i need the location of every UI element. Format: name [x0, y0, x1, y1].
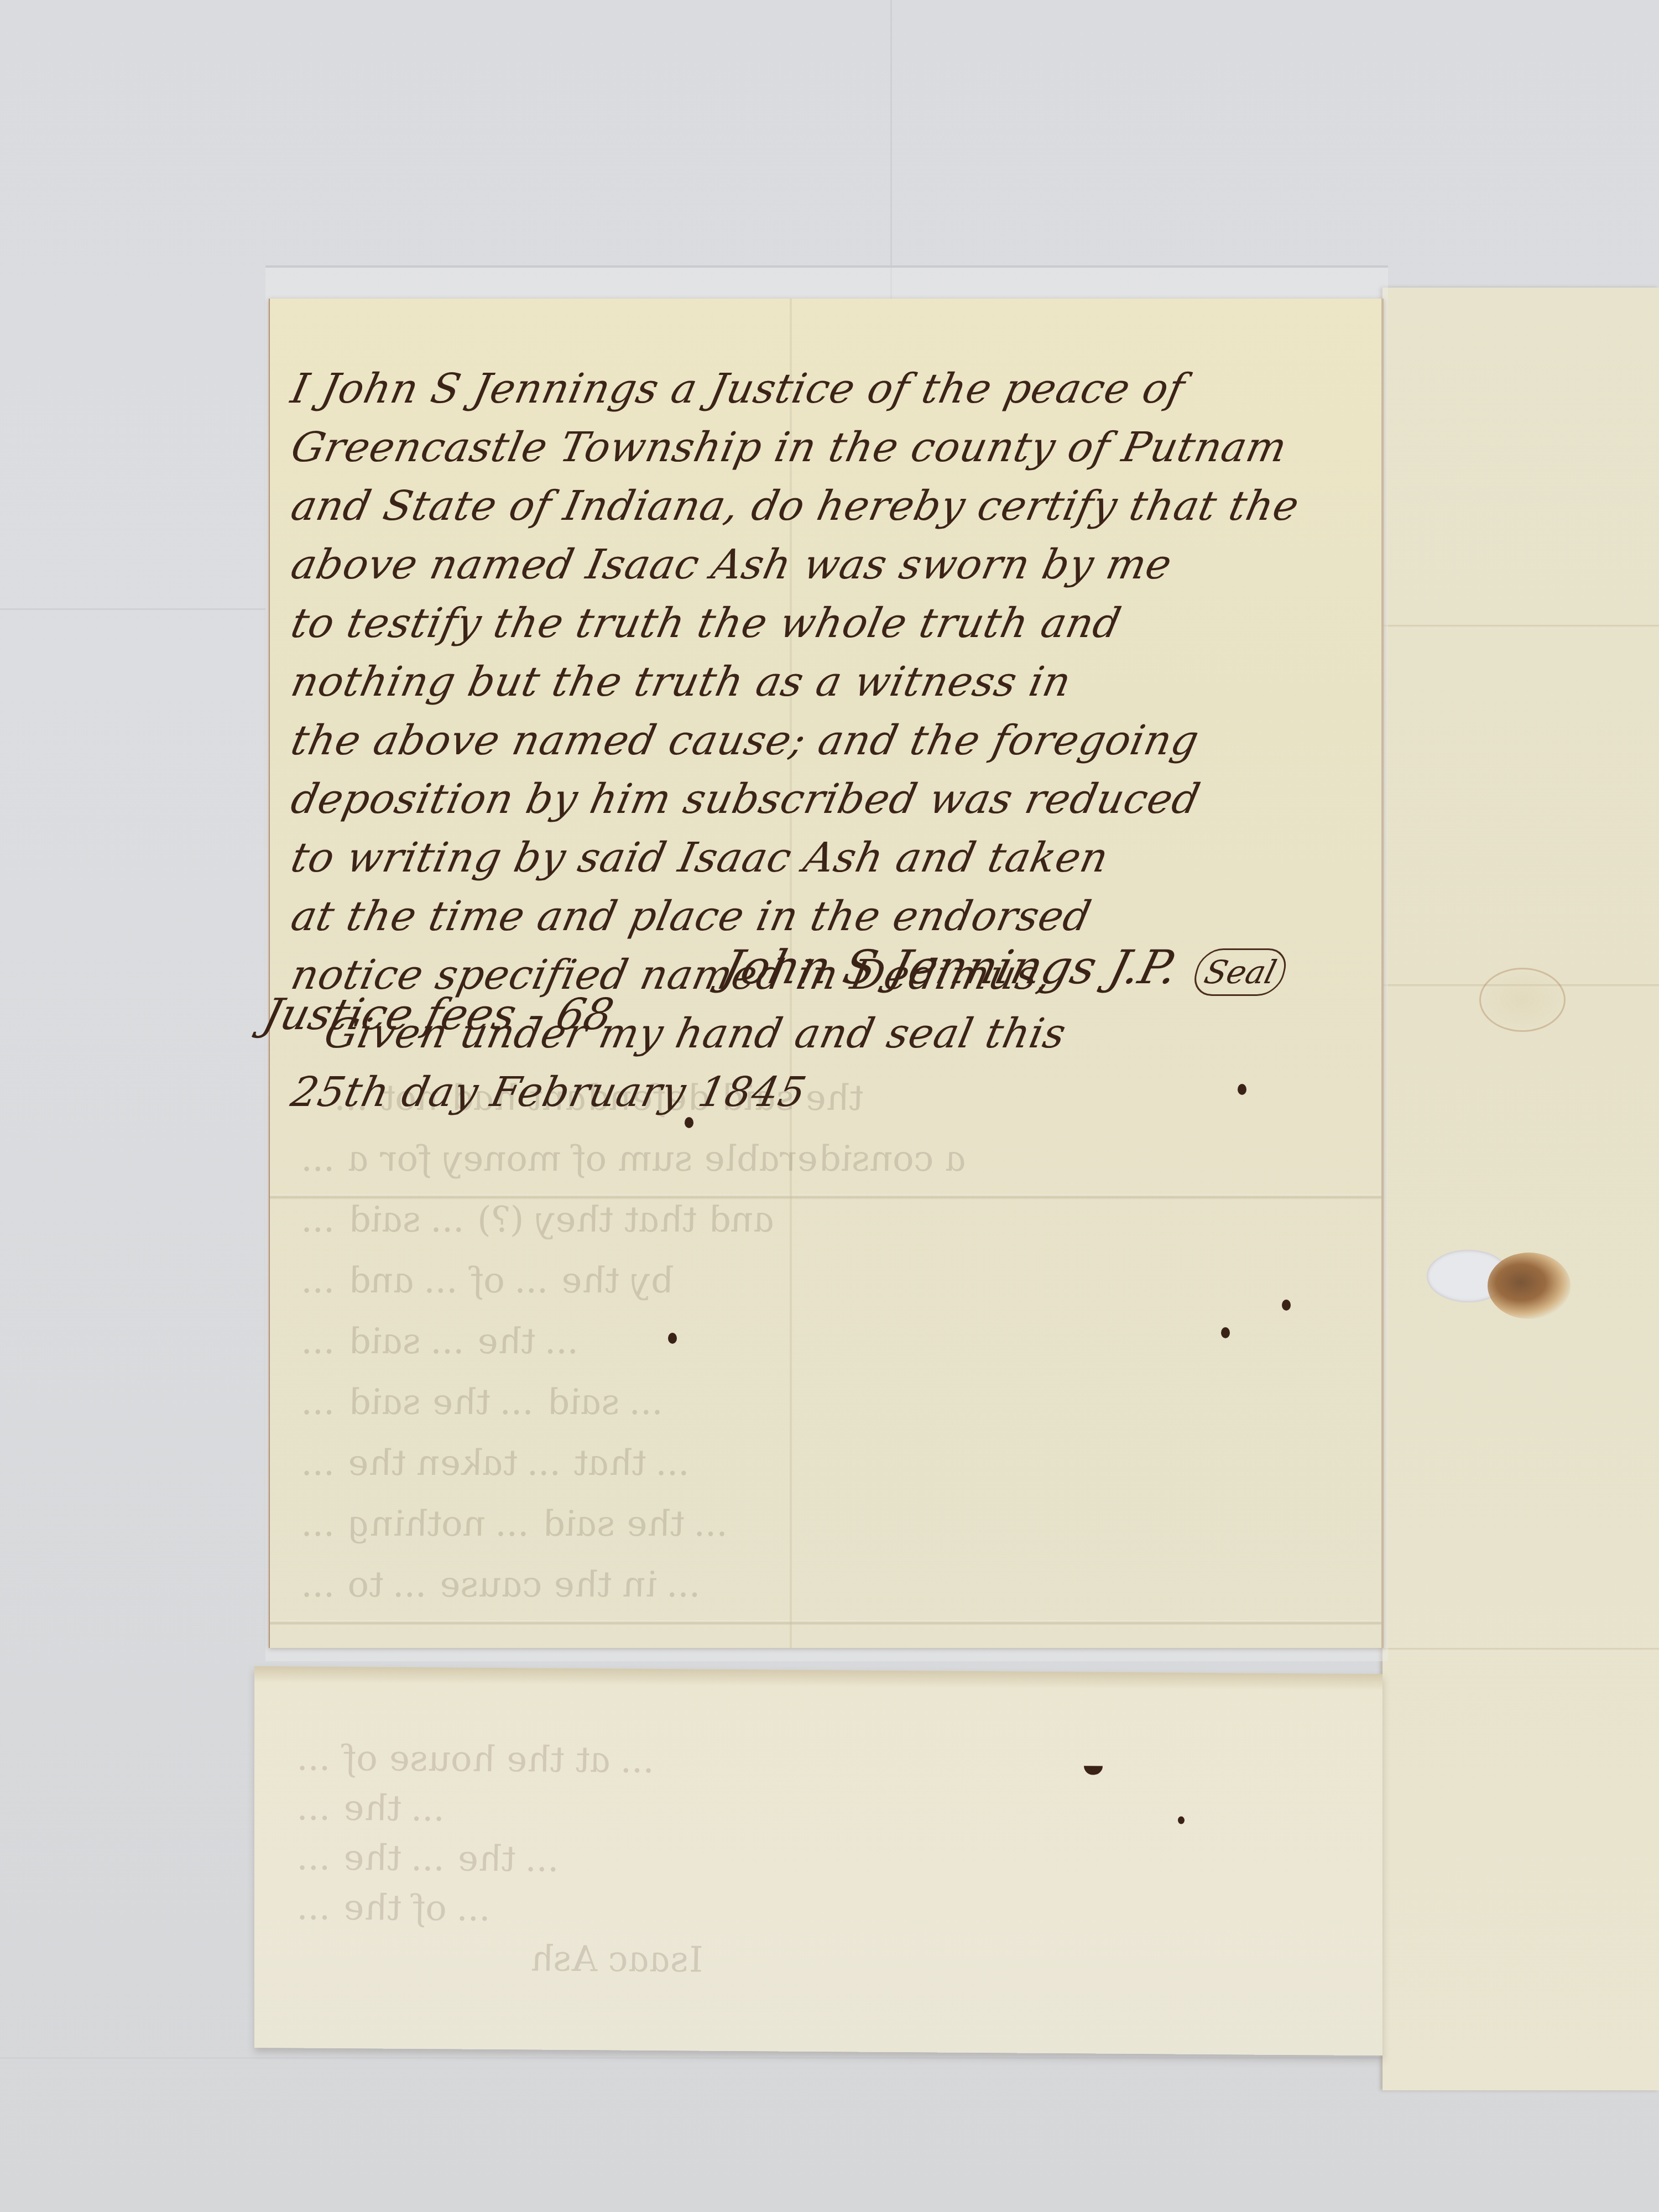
ink-blot-icon — [668, 1333, 677, 1344]
document-sheet: the said defendant had not ... a conside… — [269, 299, 1384, 1648]
fold-line — [270, 1620, 1381, 1626]
text-line: and State of Indiana, do hereby certify … — [286, 477, 1371, 535]
text-line: above named Isaac Ash was sworn by me — [286, 535, 1371, 594]
date-line: 25th day February 1845 — [286, 1063, 1371, 1121]
signature-name: John S Jennings J.P. — [717, 940, 1183, 994]
text-line: deposition by him subscribed was reduced — [286, 770, 1371, 828]
signature: John S Jennings J.P. Seal — [716, 940, 1293, 996]
wax-seal-residue-icon — [1479, 968, 1566, 1032]
text-line: at the time and place in the endorsed — [286, 887, 1371, 946]
ink-blot-icon — [1084, 1766, 1103, 1775]
ink-blot-icon — [1282, 1300, 1291, 1311]
seal-mark-icon: Seal — [1190, 948, 1291, 996]
table-seam — [0, 608, 265, 610]
bleed-through-text: ... in the cause ... to ... — [296, 1554, 709, 1616]
lower-folded-flap: ... at the house of ... ... the ... ... … — [254, 1666, 1383, 2056]
text-line: to testify the truth the whole truth and — [286, 594, 1371, 653]
text-line: I John S Jennings a Justice of the peace… — [286, 359, 1371, 418]
bleed-through-text: ... that ... taken the ... — [296, 1432, 698, 1494]
fee-note: Justice fees - 68 — [258, 990, 618, 1040]
table-seam — [890, 0, 892, 310]
ink-blot-icon — [1178, 1817, 1185, 1824]
text-line: nothing but the truth as a witness in — [286, 653, 1371, 711]
stain-mark-icon — [1488, 1253, 1571, 1319]
bleed-through-text: ... the ... said ... — [296, 1311, 587, 1373]
text-line: to writing by said Isaac Ash and taken — [286, 828, 1371, 887]
bleed-through-text: ... said ... the said ... — [296, 1371, 671, 1433]
text-line: the above named cause; and the foregoing — [286, 711, 1371, 770]
bleed-through-text: ... of the ... — [292, 1877, 499, 1940]
bleed-through-text: Isaac Ash — [524, 1928, 709, 1991]
fold-line — [1383, 1648, 1659, 1651]
bleed-through-text: a considerable sum of money for a ... — [296, 1128, 973, 1190]
seal-label: Seal — [1201, 953, 1280, 991]
bleed-through-text: and that they (?) ... said ... — [296, 1189, 781, 1251]
text-line: Greencastle Township in the county of Pu… — [286, 418, 1371, 477]
fold-line — [1383, 625, 1659, 628]
ink-blot-icon — [1221, 1327, 1230, 1338]
fold-line — [254, 1666, 1383, 1691]
bleed-through-text: by the ... of ... and ... — [296, 1250, 680, 1312]
right-folded-leaf — [1383, 288, 1659, 2090]
bleed-through-text: ... the said ... nothing ... — [296, 1493, 736, 1555]
